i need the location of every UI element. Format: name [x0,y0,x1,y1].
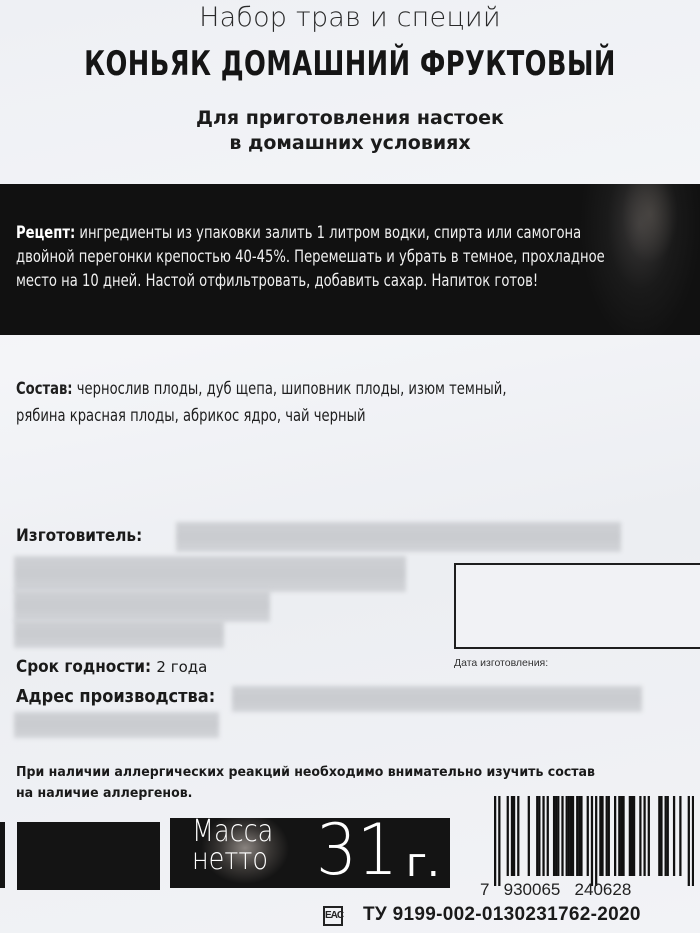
redacted-manufacturer-2 [14,556,406,592]
redacted-manufacturer-1 [176,522,621,552]
address-label: Адрес производства: [16,686,215,707]
production-date-box [454,563,700,649]
product-title: КОНЬЯК ДОМАШНИЙ ФРУКТОВЫЙ [56,44,644,84]
composition-line-1: Состав: чернослив плоды, дуб щепа, шипов… [16,376,498,403]
net-weight-value: 31 [316,810,398,890]
barcode-bars-icon [494,796,694,886]
barcode-group-1: 930065 [504,880,561,899]
composition-label: Состав: [16,379,73,399]
barcode-group-2: 240628 [575,880,632,899]
recipe-line-3: место на 10 дней. Настой отфильтровать, … [16,269,609,293]
recipe-line-1-text: ингредиенты из упаковки залить 1 литром … [79,223,581,243]
net-weight-label-line-2: нетто [192,846,273,874]
redacted-address-2 [14,712,219,738]
eac-mark-icon: EAC [323,906,343,926]
production-date-label: Дата изготовления: [454,657,548,669]
manufacturer-label: Изготовитель: [16,526,142,546]
redacted-manufacturer-4 [14,620,224,648]
shelf-life-value: 2 года [156,658,207,676]
recipe-text: Рецепт: ингредиенты из упаковки залить 1… [16,221,609,293]
barcode-digits: 7 930065 240628 [480,880,700,900]
barcode-first-digit: 7 [480,880,489,899]
redacted-manufacturer-3 [14,590,270,622]
composition-line-1-text: чернослив плоды, дуб щепа, шиповник плод… [77,379,507,399]
redacted-address-1 [232,686,642,712]
net-weight-label: Масса нетто [192,818,273,874]
black-block-stub [0,822,5,888]
tu-code: ТУ 9199-002-0130231762-2020 [363,904,641,926]
allergen-line-1: При наличии аллергических реакций необхо… [16,762,658,783]
shelf-life: Срок годности: 2 года [16,657,207,677]
net-weight-unit: г. [406,836,440,890]
composition-line-2: рябина красная плоды, абрикос ядро, чай … [16,403,498,430]
composition-text: Состав: чернослив плоды, дуб щепа, шипов… [16,376,498,430]
recipe-line-1: Рецепт: ингредиенты из упаковки залить 1… [16,221,609,245]
black-block-left [17,822,160,890]
tagline-line-2: в домашних условиях [0,131,700,156]
shelf-life-label: Срок годности: [16,657,151,677]
tagline-line-1: Для приготовления настоек [0,106,700,131]
barcode [494,796,694,886]
product-tagline: Для приготовления настоек в домашних усл… [0,106,700,156]
product-subtitle: Набор трав и специй [0,2,700,33]
recipe-label: Рецепт: [16,223,75,243]
recipe-line-2: двойной перегонки крепостью 40-45%. Пере… [16,245,609,269]
